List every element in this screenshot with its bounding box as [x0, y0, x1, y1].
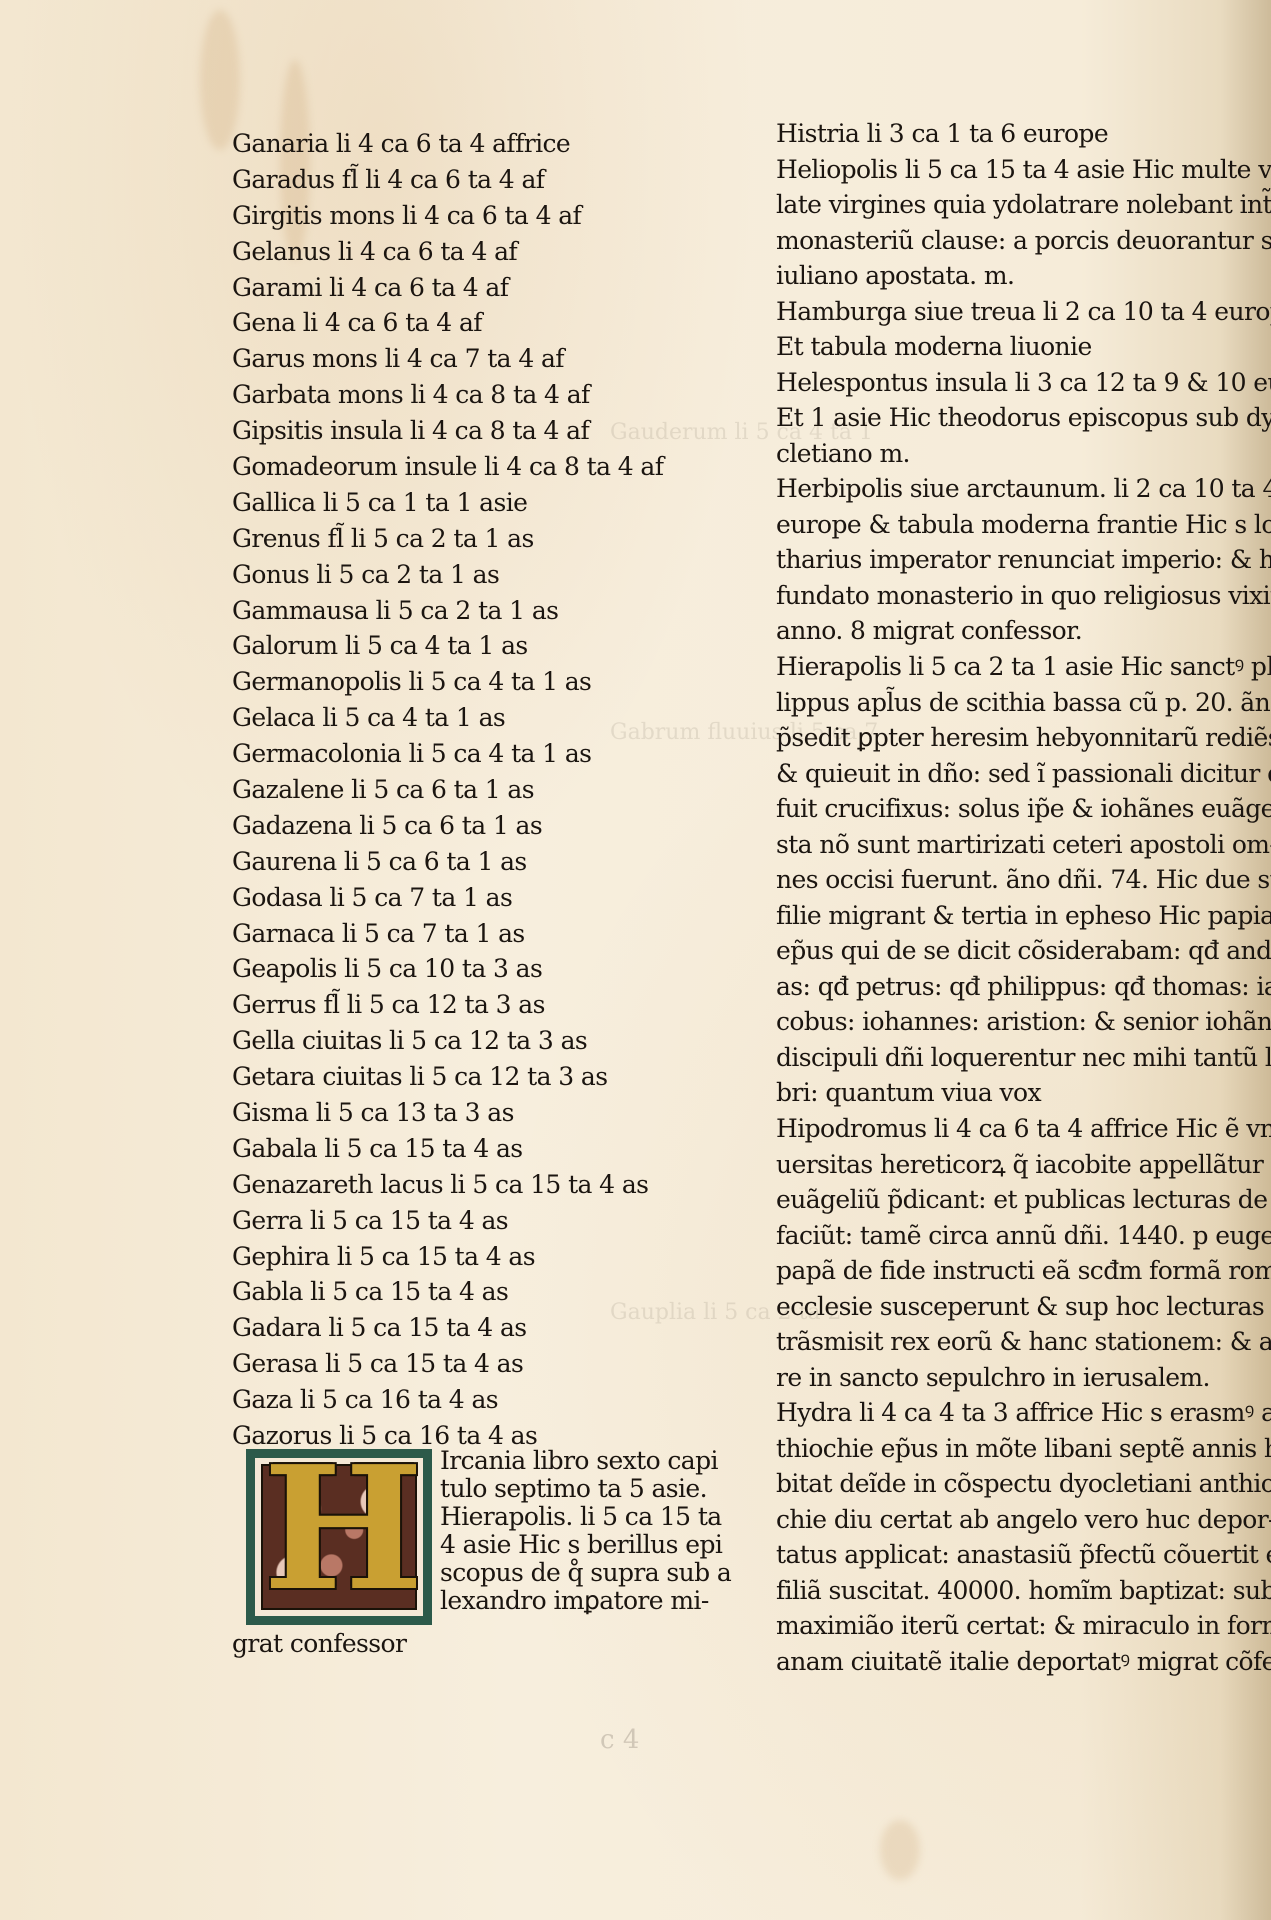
index-entry: Gaurena li 5 ca 6 ta 1 as — [232, 848, 527, 876]
index-entry: Germanopolis li 5 ca 4 ta 1 as — [232, 668, 591, 696]
index-entry: faciũt: tamẽ circa annũ dñi. 1440. p eug… — [776, 1222, 1271, 1250]
index-entry: Gipsitis insula li 4 ca 8 ta 4 af — [232, 417, 589, 445]
index-entry: ep̃us qui de se dicit cõsiderabam: qđ an… — [776, 937, 1271, 965]
index-entry: Gonus li 5 ca 2 ta 1 as — [232, 561, 499, 589]
index-entry: p̃sedit ꝑpter heresim hebyonnitarũ rediẽ… — [776, 724, 1271, 752]
paragraph-line: Hierapolis. li 5 ca 15 ta — [440, 1503, 722, 1531]
index-entry: Gomadeorum insule li 4 ca 8 ta 4 af — [232, 453, 663, 481]
index-entry: & quieuit in dño: sed ĩ passionali dicit… — [776, 760, 1271, 788]
index-entry: Girgitis mons li 4 ca 6 ta 4 af — [232, 202, 581, 230]
index-entry: Et tabula moderna liuonie — [776, 333, 1092, 361]
index-entry: Godasa li 5 ca 7 ta 1 as — [232, 884, 512, 912]
index-entry: fuit crucifixus: solus ip̃e & iohãnes eu… — [776, 795, 1271, 823]
index-entry: Grenus fl̃ li 5 ca 2 ta 1 as — [232, 525, 534, 553]
index-entry: tharius imperator renunciat imperio: & h… — [776, 546, 1271, 574]
index-entry: thiochie ep̃us in mõte libani septẽ anni… — [776, 1435, 1271, 1463]
index-entry: Hydra li 4 ca 4 ta 3 affrice Hic s erasm… — [776, 1399, 1271, 1427]
paragraph-line: 4 asie Hic s berillus epi — [440, 1531, 722, 1559]
index-entry: uersitas hereticorꝝ q̃ iacobite appellãt… — [776, 1151, 1271, 1179]
index-entry: anam ciuitatẽ italie deportatꝰ migrat cõ… — [776, 1648, 1271, 1676]
index-entry: sta nõ sunt martirizati ceteri apostoli … — [776, 831, 1271, 859]
index-entry: re in sancto sepulchro in ierusalem. — [776, 1364, 1210, 1392]
index-entry: Ganaria li 4 ca 6 ta 4 affrice — [232, 130, 570, 158]
paragraph-line: Ircania libro sexto capi — [440, 1447, 718, 1475]
index-entry: Gephira li 5 ca 15 ta 4 as — [232, 1243, 535, 1271]
index-entry: Gella ciuitas li 5 ca 12 ta 3 as — [232, 1027, 587, 1055]
index-entry: ecclesie susceperunt & sup hoc lecturas … — [776, 1293, 1271, 1321]
index-entry: bri: quantum viua vox — [776, 1079, 1041, 1107]
index-entry: Gazalene li 5 ca 6 ta 1 as — [232, 776, 534, 804]
index-entry: Hierapolis li 5 ca 2 ta 1 asie Hic sanct… — [776, 653, 1271, 681]
index-entry: Gerrus fl̃ li 5 ca 12 ta 3 as — [232, 991, 545, 1019]
index-entry: Gaza li 5 ca 16 ta 4 as — [232, 1386, 498, 1414]
index-entry: Garami li 4 ca 6 ta 4 af — [232, 274, 508, 302]
index-entry: Galorum li 5 ca 4 ta 1 as — [232, 632, 528, 660]
index-entry: papã de fide instructi eã scđm formã rom… — [776, 1257, 1271, 1285]
foxing-stain — [280, 60, 310, 260]
index-entry: Geapolis li 5 ca 10 ta 3 as — [232, 955, 542, 983]
index-entry: Hamburga siue treua li 2 ca 10 ta 4 euro… — [776, 298, 1271, 326]
index-entry: Gelanus li 4 ca 6 ta 4 af — [232, 238, 517, 266]
index-entry: Gerasa li 5 ca 15 ta 4 as — [232, 1350, 523, 1378]
index-entry: Helespontus insula li 3 ca 12 ta 9 & 10 … — [776, 369, 1271, 397]
index-entry: Et 1 asie Hic theodorus episcopus sub dy… — [776, 404, 1271, 432]
index-entry: filiã suscitat. 40000. homĩm baptizat: s… — [776, 1577, 1271, 1605]
paragraph-line: lexandro imꝑatore mi- — [440, 1587, 709, 1615]
initial-letter-h: H — [263, 1444, 424, 1614]
index-entry: lippus apl̃us de scithia bassa cũ p. 20.… — [776, 689, 1271, 717]
index-entry: Germacolonia li 5 ca 4 ta 1 as — [232, 740, 591, 768]
index-entry: Garadus fl̃ li 4 ca 6 ta 4 af — [232, 166, 544, 194]
index-entry: monasteriũ clause: a porcis deuorantur s… — [776, 227, 1271, 255]
index-entry: Gabla li 5 ca 15 ta 4 as — [232, 1278, 508, 1306]
index-entry: Garus mons li 4 ca 7 ta 4 af — [232, 345, 564, 373]
index-entry: euãgeliũ p̃dicant: et publicas lecturas … — [776, 1186, 1271, 1214]
index-entry: bitat deĩde in cõspectu dyocletiani anth… — [776, 1470, 1271, 1498]
index-entry: Hipodromus li 4 ca 6 ta 4 affrice Hic ẽ … — [776, 1115, 1271, 1143]
index-entry: europe & tabula moderna frantie Hic s lo… — [776, 511, 1271, 539]
index-entry: Gisma li 5 ca 13 ta 3 as — [232, 1099, 514, 1127]
foxing-stain — [880, 1820, 920, 1880]
signature-mark: c 4 — [600, 1725, 639, 1755]
illuminated-initial: H — [246, 1449, 432, 1625]
index-entry: cletiano m. — [776, 440, 910, 468]
index-entry: Gadazena li 5 ca 6 ta 1 as — [232, 812, 542, 840]
index-entry: Gabala li 5 ca 15 ta 4 as — [232, 1135, 523, 1163]
index-entry: filie migrant & tertia in epheso Hic pap… — [776, 902, 1271, 930]
index-entry: maximião iterũ certat: & miraculo in for… — [776, 1612, 1271, 1640]
index-entry: Gadara li 5 ca 15 ta 4 as — [232, 1314, 526, 1342]
index-entry: nes occisi fuerunt. ãno dñi. 74. Hic due… — [776, 866, 1271, 894]
index-entry: trãsmisit rex eorũ & hanc stationem: & a… — [776, 1328, 1271, 1356]
paragraph-line: scopus de q̊ supra sub a — [440, 1559, 731, 1587]
index-entry: Gammausa li 5 ca 2 ta 1 as — [232, 597, 558, 625]
index-entry: iuliano apostata. m. — [776, 262, 1014, 290]
paragraph-line: grat confessor — [232, 1630, 406, 1658]
index-entry: Genazareth lacus li 5 ca 15 ta 4 as — [232, 1171, 648, 1199]
index-entry: Gelaca li 5 ca 4 ta 1 as — [232, 704, 505, 732]
index-entry: Garnaca li 5 ca 7 ta 1 as — [232, 920, 525, 948]
index-entry: as: qđ petrus: qđ philippus: qđ thomas: … — [776, 973, 1271, 1001]
index-entry: Gerra li 5 ca 15 ta 4 as — [232, 1207, 508, 1235]
index-entry: tatus applicat: anastasiũ p̃fectũ cõuert… — [776, 1541, 1271, 1569]
index-entry: Gena li 4 ca 6 ta 4 af — [232, 309, 482, 337]
index-entry: Garbata mons li 4 ca 8 ta 4 af — [232, 381, 590, 409]
index-entry: anno. 8 migrat confessor. — [776, 617, 1082, 645]
paragraph-line: tulo septimo ta 5 asie. — [440, 1475, 707, 1503]
index-entry: chie diu certat ab angelo vero huc depor… — [776, 1506, 1271, 1534]
index-entry: cobus: iohannes: aristion: & senior iohã… — [776, 1008, 1271, 1036]
index-entry: Histria li 3 ca 1 ta 6 europe — [776, 120, 1108, 148]
index-entry: Herbipolis siue arctaunum. li 2 ca 10 ta… — [776, 475, 1271, 503]
index-entry: Gallica li 5 ca 1 ta 1 asie — [232, 489, 527, 517]
index-entry: fundato monasterio in quo religiosus vix… — [776, 582, 1271, 610]
index-entry: discipuli dñi loquerentur nec mihi tantũ… — [776, 1044, 1271, 1072]
index-entry: Heliopolis li 5 ca 15 ta 4 asie Hic mult… — [776, 156, 1271, 184]
index-entry: late virgines quia ydolatrare nolebant i… — [776, 191, 1271, 219]
index-entry: Getara ciuitas li 5 ca 12 ta 3 as — [232, 1063, 607, 1091]
